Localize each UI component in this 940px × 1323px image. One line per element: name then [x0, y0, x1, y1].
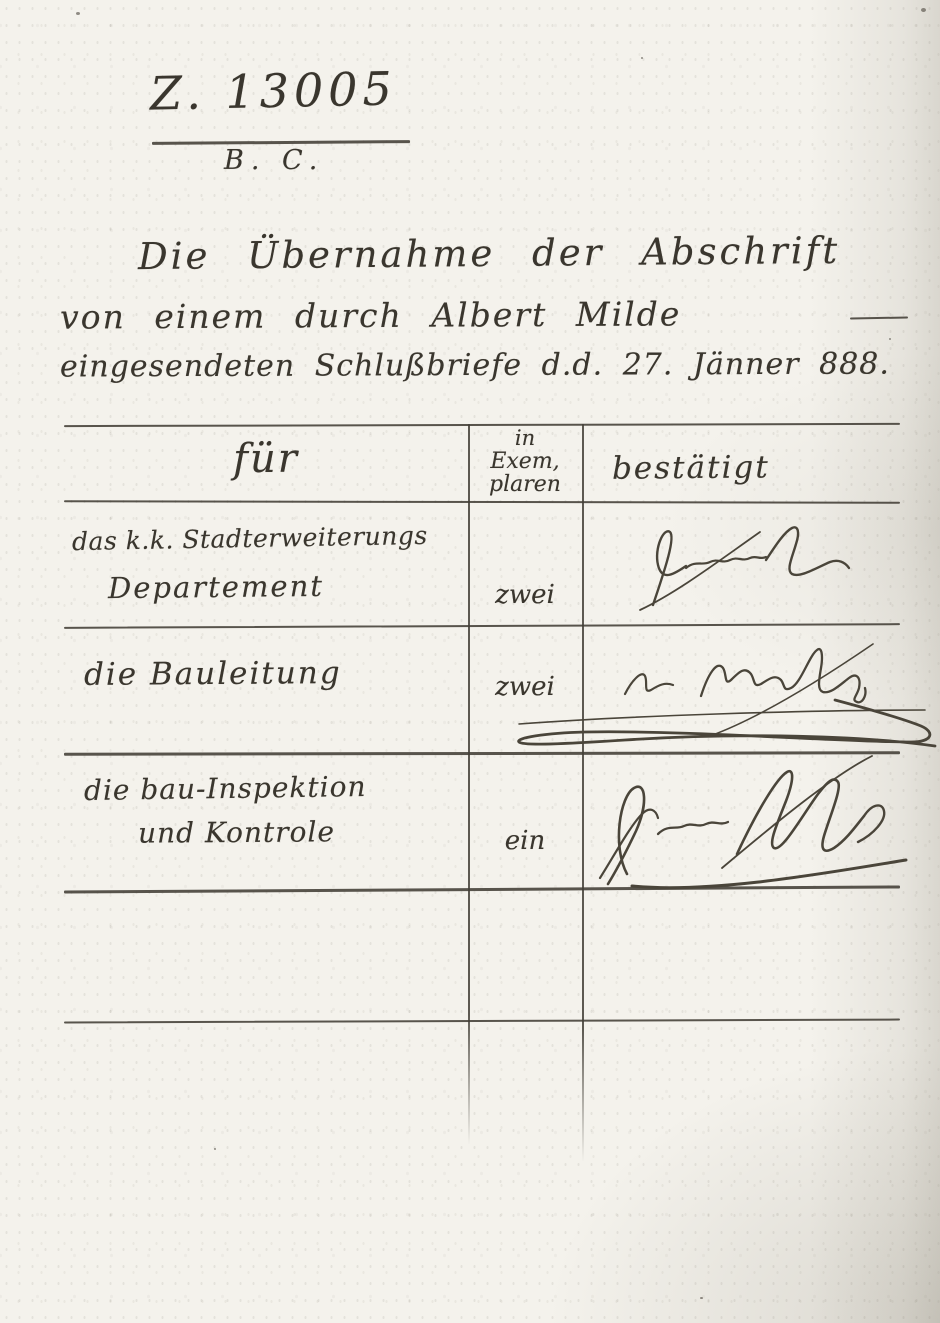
intro-line-2: von einem durch Albert Milde: [60, 294, 682, 336]
row3-copies: ein: [468, 826, 582, 856]
header-copies-line-2: Exem,: [468, 450, 582, 474]
row3-recipient-line-2: und Kontrole: [138, 815, 335, 849]
paper-speck: [214, 1148, 216, 1150]
intro-line-3: eingesendeten Schlußbriefe d.d. 27. Jänn…: [60, 347, 890, 385]
row1-recipient-line-2: Departement: [108, 569, 324, 605]
table-header-divider: [64, 500, 900, 503]
header-cell-confirmed: bestätigt: [612, 449, 770, 486]
scanned-document-page: Z. 13005 B. C. Die Übernahme der Abschri…: [0, 0, 940, 1323]
reference-office: B. C.: [224, 145, 324, 176]
table-row-divider-1: [64, 623, 900, 629]
paper-speck: [889, 338, 891, 340]
intro-trailing-dash: [850, 316, 908, 319]
header-cell-copies: in Exem, plaren: [468, 427, 582, 497]
row3-recipient-line-1: die bau-Inspektion: [84, 770, 367, 807]
row3-signature-scrawl: [572, 756, 918, 896]
row1-copies: zwei: [468, 580, 582, 610]
table-column-divider-1: [468, 424, 470, 1145]
reference-number: Z. 13005: [149, 61, 397, 120]
header-copies-line-1: in: [468, 427, 582, 450]
paper-speck: [641, 57, 643, 59]
row2-signature-scrawl: [505, 638, 937, 762]
row2-recipient-line-1: die Bauleitung: [84, 655, 342, 693]
header-cell-for: für: [64, 436, 468, 482]
row1-recipient-line-1: das k.k. Stadterweiterungs: [72, 521, 428, 556]
row1-signature-scrawl: [618, 520, 880, 620]
paper-speck: [921, 8, 926, 12]
paper-speck: [700, 1297, 703, 1299]
intro-line-1: Die Übernahme der Abschrift: [138, 229, 840, 278]
paper-speck: [76, 12, 80, 15]
table-empty-row: [64, 890, 900, 1020]
header-copies-line-3: plaren: [468, 473, 582, 497]
